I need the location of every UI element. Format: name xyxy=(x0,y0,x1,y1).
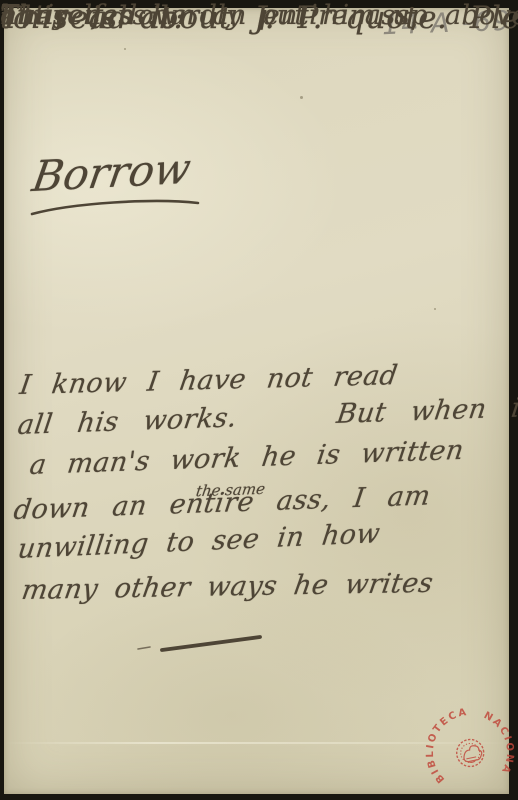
separator-dash-stroke xyxy=(128,626,288,658)
paper-speck xyxy=(300,96,303,99)
manuscript-scan: 14 A -69 Borrow I know I have not read a… xyxy=(0,0,518,800)
interline-insertion: the same xyxy=(195,480,267,501)
postscript-line: to read it: xyxy=(0,0,185,36)
paper-speck xyxy=(124,48,126,50)
stamp-arc-text: BIBLIOTECA NACIONAL xyxy=(404,690,518,795)
paper-speck xyxy=(434,308,436,310)
biblioteca-nacional-stamp-icon: BIBLIOTECA NACIONAL xyxy=(418,706,518,798)
stamp-emblem xyxy=(454,737,486,769)
heading-underline-stroke xyxy=(28,192,208,220)
